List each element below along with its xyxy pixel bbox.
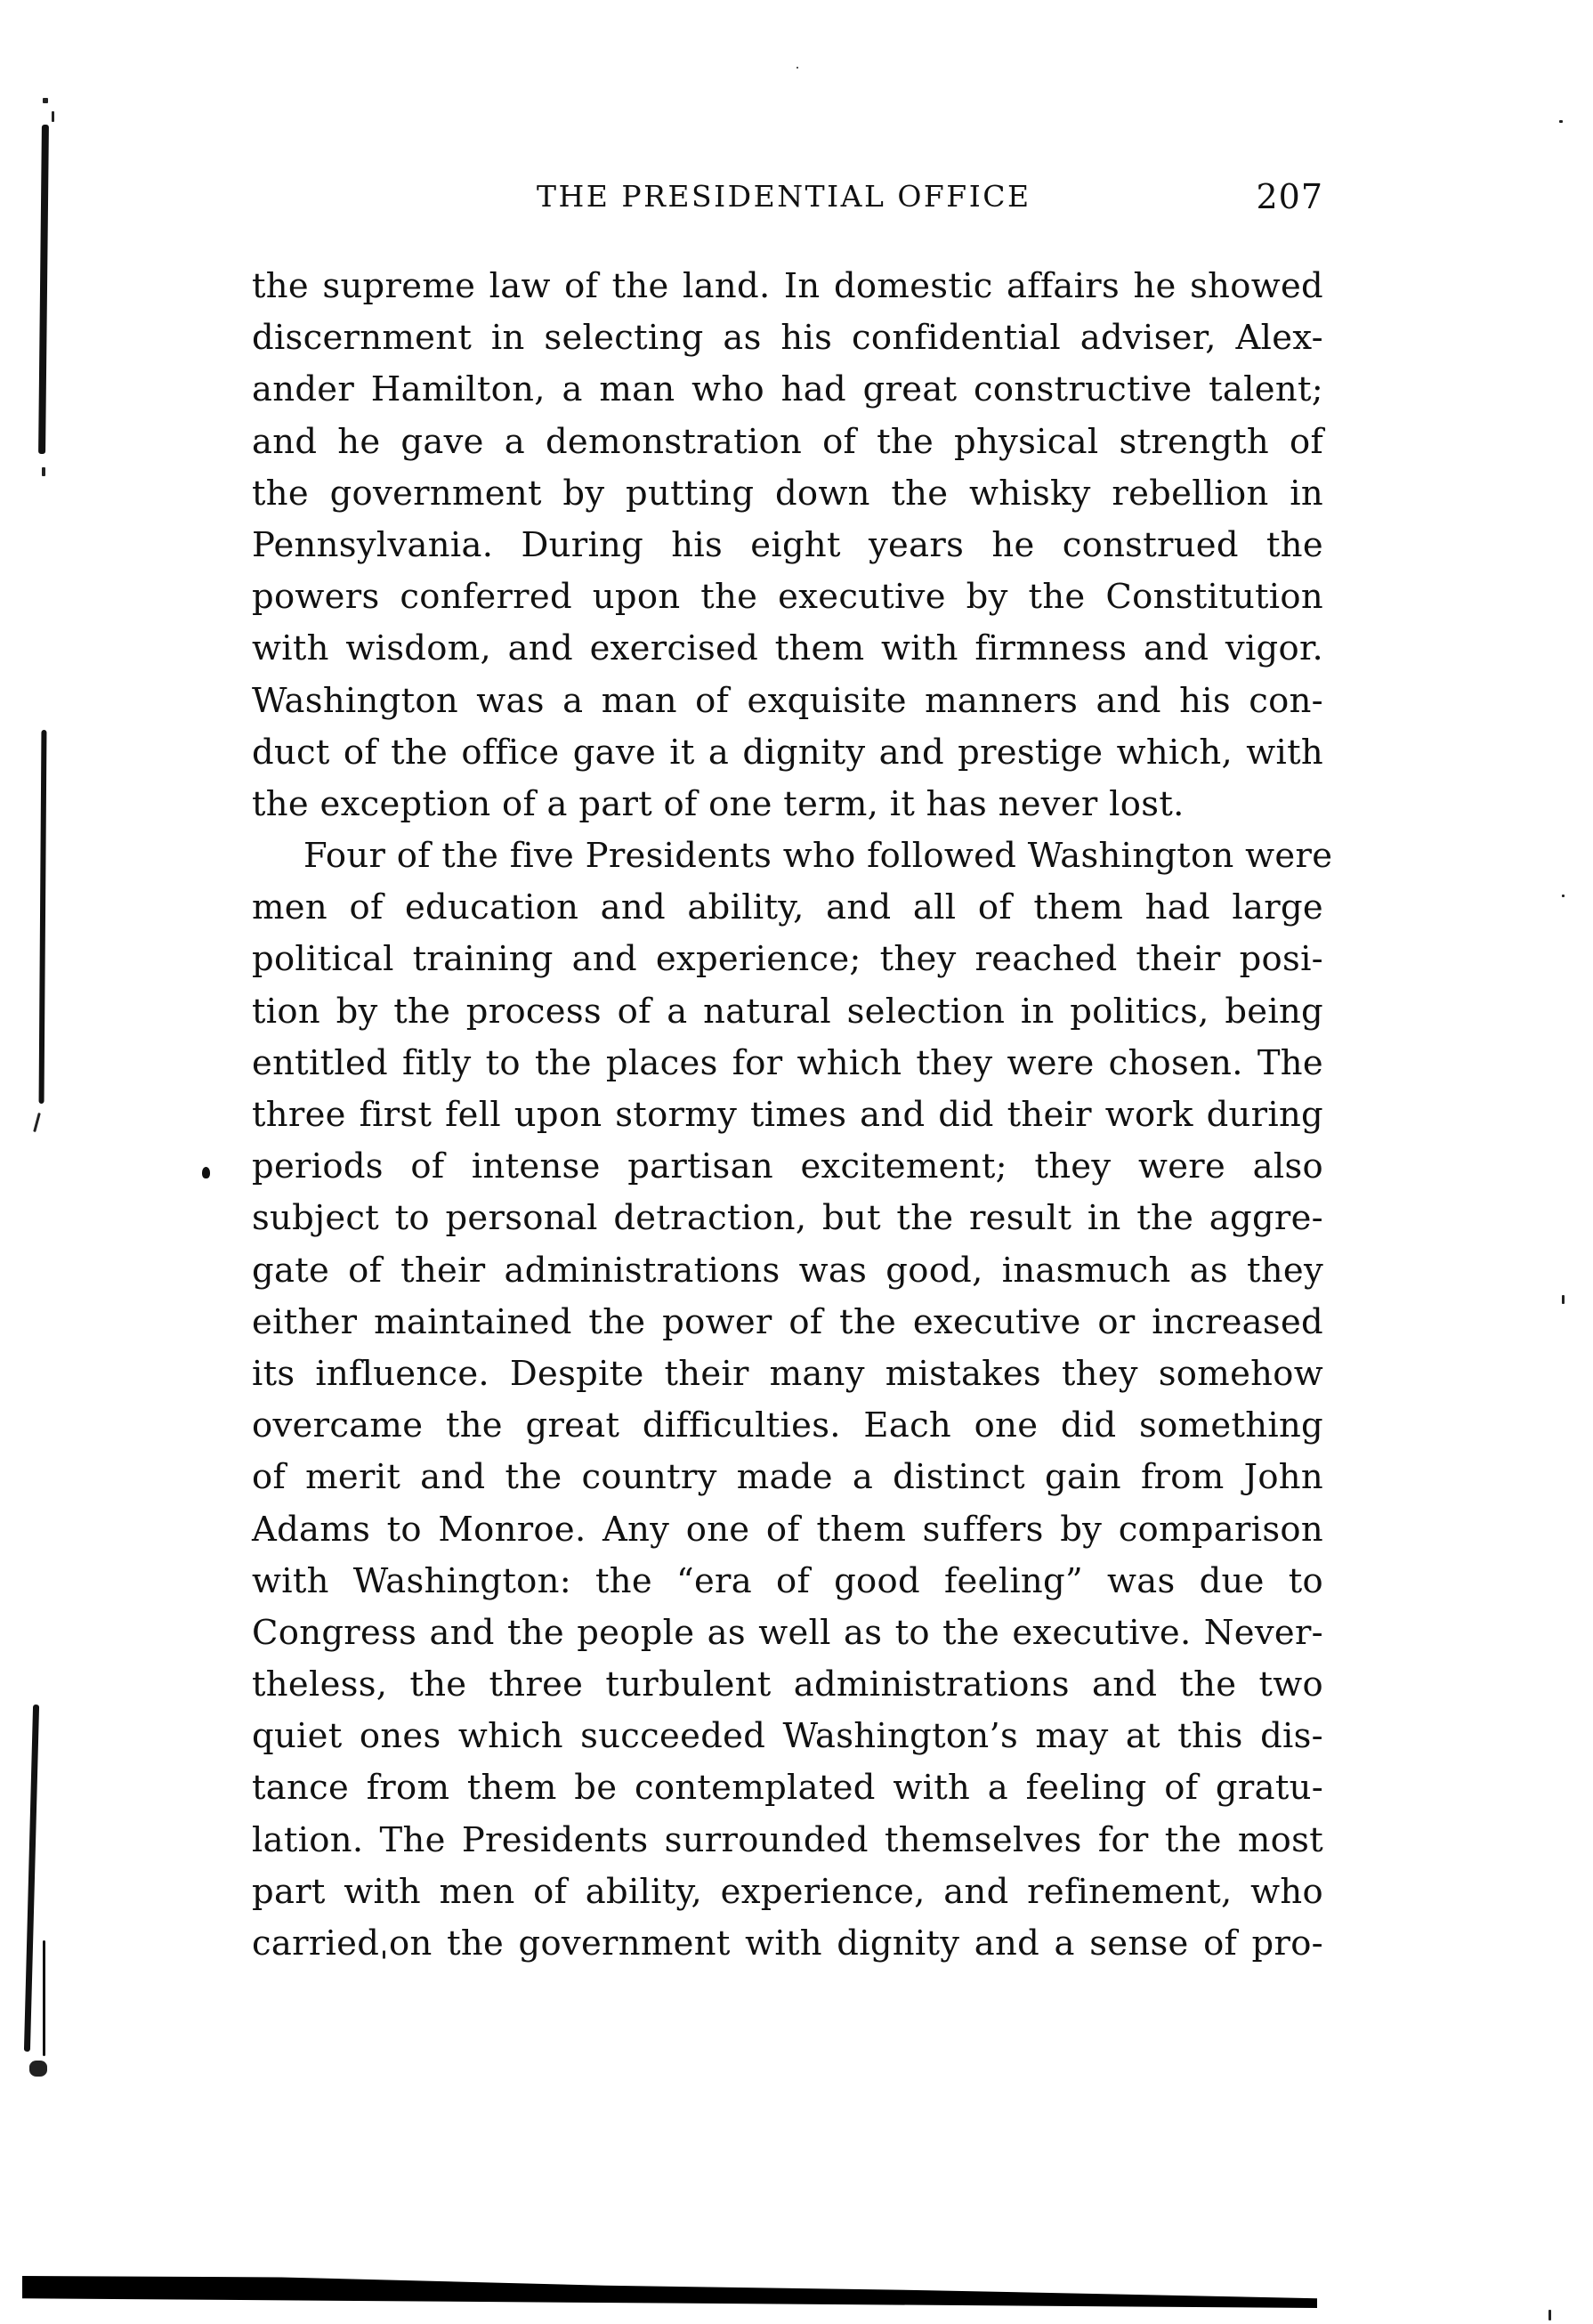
text-line: Pennsylvania. During his eight years he … (252, 520, 1323, 571)
text-line: part with men of ability, experience, an… (252, 1866, 1323, 1918)
text-line: Washington was a man of exquisite manner… (252, 676, 1323, 727)
margin-speck (42, 467, 45, 476)
text-line: Adams to Monroe. Any one of them suffers… (252, 1504, 1323, 1556)
text-line: men of education and ability, and all of… (252, 882, 1323, 934)
page-number: 207 (1256, 174, 1323, 219)
text-line: and he gave a demonstration of the physi… (252, 417, 1323, 468)
margin-scan-mark-middle (39, 730, 47, 1104)
margin-scan-mark-top (38, 125, 49, 454)
text-line: entitled fitly to the places for which t… (252, 1038, 1323, 1089)
margin-speck (33, 1113, 41, 1132)
text-line: discernment in selecting as his confiden… (252, 312, 1323, 364)
margin-speck (1559, 120, 1563, 123)
text-line: of merit and the country made a distinct… (252, 1452, 1323, 1503)
running-title: THE PRESIDENTIAL OFFICE (537, 174, 1031, 219)
body-text: the supreme law of the land. In domestic… (252, 261, 1323, 1970)
text-line: powers conferred upon the executive by t… (252, 571, 1323, 623)
scan-bottom-edge (22, 2276, 1317, 2308)
running-header: THE PRESIDENTIAL OFFICE 207 (252, 174, 1323, 219)
text-line: Congress and the people as well as to th… (252, 1607, 1323, 1659)
text-line: either maintained the power of the execu… (252, 1297, 1323, 1348)
book-page: THE PRESIDENTIAL OFFICE 207 the supreme … (0, 0, 1593, 2324)
text-line: with Washington: the “era of good feelin… (252, 1556, 1323, 1607)
text-line: carriedˌon the government with dignity a… (252, 1918, 1323, 1970)
text-line: theless, the three turbulent administrat… (252, 1659, 1323, 1711)
margin-scan-mark-bottom-inner (43, 1940, 45, 2056)
margin-speck (1562, 895, 1565, 897)
text-line: overcame the great difficulties. Each on… (252, 1400, 1323, 1452)
text-line: ander Hamilton, a man who had great cons… (252, 364, 1323, 416)
text-line: the supreme law of the land. In domestic… (252, 261, 1323, 312)
text-line: subject to personal detraction, but the … (252, 1193, 1323, 1244)
text-line: with wisdom, and exercised them with fir… (252, 623, 1323, 675)
text-line: quiet ones which succeeded Washington’s … (252, 1711, 1323, 1762)
margin-speck (796, 67, 798, 69)
text-line: duct of the office gave it a dignity and… (252, 727, 1323, 779)
margin-speck (1549, 2310, 1551, 2320)
text-line: political training and experience; they … (252, 934, 1323, 985)
text-line: lation. The Presidents surrounded themse… (252, 1815, 1323, 1866)
paragraph-first-line: Four of the five Presidents who followed… (252, 830, 1323, 882)
text-line: gate of their administrations was good, … (252, 1245, 1323, 1297)
text-line: the government by putting down the whisk… (252, 468, 1323, 520)
text-line: three first fell upon stormy times and d… (252, 1089, 1323, 1141)
text-line: its influence. Despite their many mistak… (252, 1348, 1323, 1400)
margin-speck (29, 2061, 47, 2077)
text-line: tance from them be contemplated with a f… (252, 1762, 1323, 1814)
margin-speck (52, 111, 54, 122)
margin-speck (43, 98, 48, 103)
margin-scan-mark-bottom (24, 1705, 39, 2052)
text-line: tion by the process of a natural selecti… (252, 986, 1323, 1038)
margin-speck (1562, 1295, 1565, 1304)
scan-bullet-mark (202, 1167, 210, 1178)
text-line: periods of intense partisan excitement; … (252, 1141, 1323, 1193)
text-line: the exception of a part of one term, it … (252, 779, 1323, 830)
